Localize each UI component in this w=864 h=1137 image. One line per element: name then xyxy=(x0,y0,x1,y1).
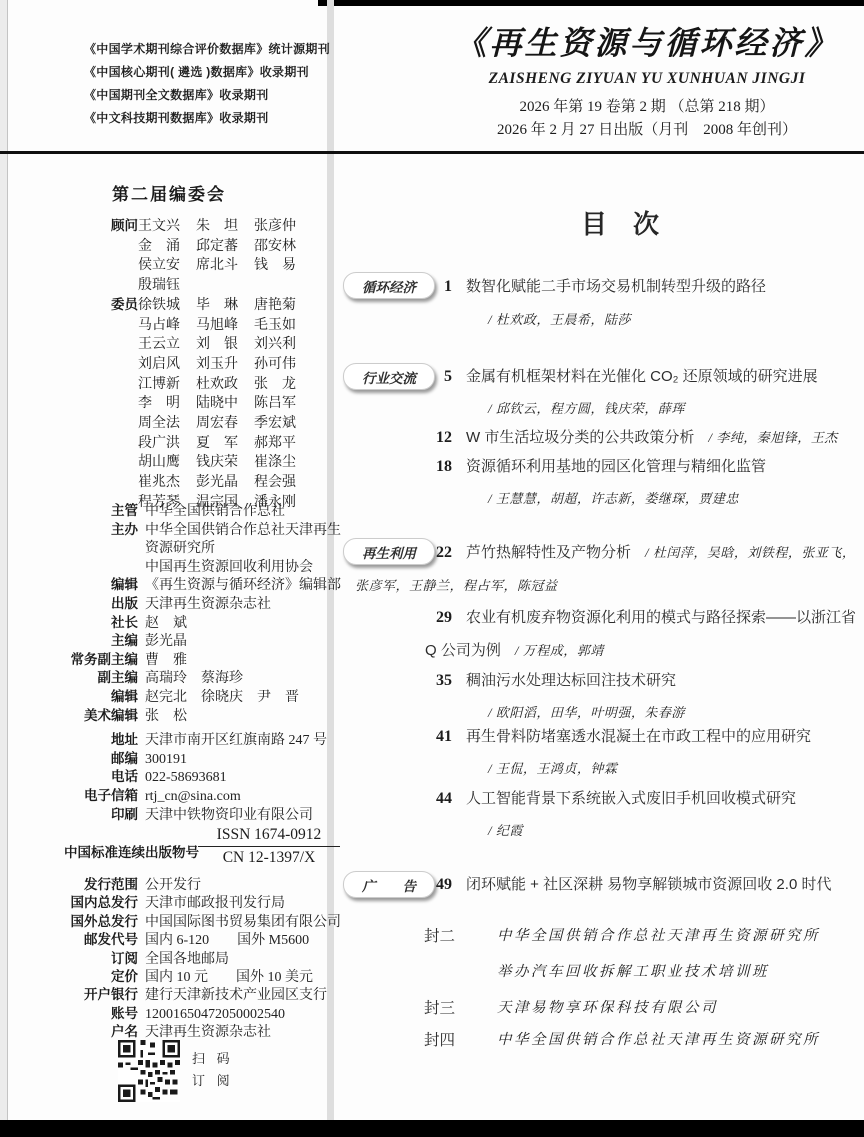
publication-row-value: 赵完北 徐晓庆 尹 晋 xyxy=(145,689,299,707)
contact-row: 邮编300191 xyxy=(62,750,327,769)
scan-bottom-bar xyxy=(0,1120,864,1137)
board-member-name: 周全法 xyxy=(138,415,196,434)
distribution-row-label: 开户银行 xyxy=(62,986,138,1003)
publication-row-label: 美术编辑 xyxy=(62,707,138,725)
toc-entry-title: 金属有机框架材料在光催化 CO₂ 还原领域的研究进展 xyxy=(466,368,818,385)
contact-row: 电子信箱rtj_cn@sina.com xyxy=(62,787,327,806)
distribution-row-label: 国外总发行 xyxy=(62,913,138,930)
qr-caption-line-1: 扫 码 xyxy=(192,1048,234,1070)
toc-page-number: 44 xyxy=(424,789,452,809)
board-row: 李 明陆晓中陈吕军 xyxy=(62,394,312,414)
toc-entry-title-line: 人工智能背景下系统嵌入式废旧手机回收模式研究 xyxy=(466,789,796,809)
publication-row-value: 曹 雅 xyxy=(145,652,187,670)
publication-row: 主管中华全国供销合作总社 xyxy=(62,502,341,521)
toc-page-number: 41 xyxy=(424,727,452,747)
board-row: 崔兆杰彭光晶程会强 xyxy=(62,473,312,493)
distribution-row: 账号12001650472050002540 xyxy=(62,1005,341,1023)
toc-entry-title-line: 农业有机废弃物资源化利用的模式与路径探索——以浙江省 xyxy=(466,608,856,628)
editorial-board: 顾问王文兴朱 坦张彦仲金 涌邱定蕃邵安林侯立安席北斗钱 易殷瑞钰委员徐铁城毕 琳… xyxy=(62,217,312,513)
toc-page-number: 49 xyxy=(424,875,452,895)
section-badge: 循环经济 xyxy=(343,272,435,299)
scan-left-edge xyxy=(0,0,8,1137)
issn-label: 中国标准连续出版物号 xyxy=(64,841,199,861)
toc-entry-title: 人工智能背景下系统嵌入式废旧手机回收模式研究 xyxy=(466,790,796,807)
issue-line-1: 2026 年第 19 卷第 2 期 （总第 218 期） xyxy=(430,96,864,119)
cover-line: 举办汽车回收拆解工职业技术培训班 xyxy=(497,960,769,981)
board-member-name: 邱定蕃 xyxy=(196,238,254,257)
board-member-name: 张 龙 xyxy=(254,376,312,395)
toc-entry-authors-line: / 欧阳滔，田华，叶明强，朱春游 xyxy=(488,703,685,723)
toc-entry-title-line: 芦竹热解特性及产物分析/ 杜闰萍，吴晗，刘铁程，张亚飞， xyxy=(466,543,855,563)
toc-entry-authors: / 纪霞 xyxy=(488,823,523,838)
contact-row-label: 地址 xyxy=(62,731,138,749)
distribution-row-label: 邮发代号 xyxy=(62,931,138,948)
distribution-row-label: 定价 xyxy=(62,968,138,985)
board-row: 江博新杜欢政张 龙 xyxy=(62,375,312,395)
board-member-name: 陈吕军 xyxy=(254,395,312,414)
board-member-name: 席北斗 xyxy=(196,257,254,276)
toc-entry-authors-line: / 杜欢政，王晨希，陆莎 xyxy=(488,310,631,330)
section-badge: 再生利用 xyxy=(343,538,435,565)
contact-row: 地址天津市南开区红旗南路 247 号 xyxy=(62,731,327,750)
distribution-row: 国内总发行天津市邮政报刊发行局 xyxy=(62,894,341,912)
issn-block: ISSN 1674-0912 CN 12-1397/X xyxy=(198,826,340,867)
publication-row: 美术编辑张 松 xyxy=(62,707,341,726)
board-member-name: 朱 坦 xyxy=(196,218,254,237)
contact-row-label: 电子信箱 xyxy=(62,787,138,805)
toc-entry-authors: / 李纯，秦旭锋，王杰 xyxy=(708,430,837,445)
toc-entry-authors: 张彦军，王静兰，程占军，陈冠益 xyxy=(355,578,558,593)
database-note: 《中国期刊全文数据库》收录期刊 xyxy=(84,84,330,107)
board-member-name: 刘 银 xyxy=(196,336,254,355)
contact-row-label: 印刷 xyxy=(62,806,138,824)
cn-number: CN 12-1397/X xyxy=(198,847,340,867)
board-member-name: 钱 易 xyxy=(254,257,312,276)
toc-entry-authors: / 杜闰萍，吴晗，刘铁程，张亚飞， xyxy=(645,545,855,560)
board-member-name: 唐艳菊 xyxy=(254,297,312,316)
board-member-name: 刘启风 xyxy=(138,356,196,375)
contact-row-value: 天津中铁物资印业有限公司 xyxy=(145,807,313,825)
contact-info: 地址天津市南开区红旗南路 247 号邮编300191电话022-58693681… xyxy=(62,731,327,825)
distribution-row-value: 建行天津新技术产业园区支行 xyxy=(145,987,327,1004)
toc-entry-authors: / 万程成，郭靖 xyxy=(515,643,604,658)
contact-row-value: rtj_cn@sina.com xyxy=(145,788,241,806)
journal-title-pinyin: ZAISHENG ZIYUAN YU XUNHUAN JINGJI xyxy=(430,70,864,88)
publication-row-value: 天津再生资源杂志社 xyxy=(145,596,271,614)
distribution-row: 发行范围公开发行 xyxy=(62,876,341,894)
publication-row-label: 副主编 xyxy=(62,669,138,687)
publication-row-label: 编辑 xyxy=(62,576,138,594)
board-row: 王云立刘 银刘兴利 xyxy=(62,335,312,355)
board-member-name: 陆晓中 xyxy=(196,395,254,414)
publication-row: 社长赵 斌 xyxy=(62,614,341,633)
publication-row-value: 中国再生资源回收利用协会 xyxy=(145,559,313,577)
publication-row-label: 主办 xyxy=(62,521,138,539)
toc-entry-title: Q 公司为例 xyxy=(425,642,501,659)
toc-entry-title: 芦竹热解特性及产物分析 xyxy=(466,544,631,561)
board-member-name: 郝郑平 xyxy=(254,435,312,454)
board-member-name: 周宏春 xyxy=(196,415,254,434)
section-badge: 行业交流 xyxy=(343,363,435,390)
contact-row: 电话022-58693681 xyxy=(62,768,327,787)
board-member-name: 季宏斌 xyxy=(254,415,312,434)
board-row: 顾问王文兴朱 坦张彦仲 xyxy=(62,217,312,237)
issue-line-2: 2026 年 2 月 27 日出版（月刊 2008 年创刊） xyxy=(430,119,864,142)
masthead: 《再生资源与循环经济》 ZAISHENG ZIYUAN YU XUNHUAN J… xyxy=(430,18,864,142)
board-member-name: 王云立 xyxy=(138,336,196,355)
board-row: 段广洪夏 军郝郑平 xyxy=(62,434,312,454)
distribution-row-value: 12001650472050002540 xyxy=(145,1006,285,1023)
cover-label: 封四 xyxy=(424,1028,455,1050)
toc-entry-title-line: 稠油污水处理达标回注技术研究 xyxy=(466,671,676,691)
board-row: 马占峰马旭峰毛玉如 xyxy=(62,316,312,336)
contact-row-label: 邮编 xyxy=(62,750,138,768)
board-row: 胡山鹰钱庆荣崔涤尘 xyxy=(62,453,312,473)
publication-row: 常务副主编曹 雅 xyxy=(62,651,341,670)
publication-row-label: 编辑 xyxy=(62,688,138,706)
board-row: 侯立安席北斗钱 易 xyxy=(62,256,312,276)
toc-entry-title: W 市生活垃圾分类的公共政策分析 xyxy=(466,429,694,446)
board-member-name: 毕 琳 xyxy=(196,297,254,316)
toc-entry-title: 稠油污水处理达标回注技术研究 xyxy=(466,672,676,689)
distribution-row: 国外总发行中国国际图书贸易集团有限公司 xyxy=(62,913,341,931)
board-member-name: 刘玉升 xyxy=(196,356,254,375)
board-member-name: 邵安林 xyxy=(254,238,312,257)
toc-entry-title-line: W 市生活垃圾分类的公共政策分析/ 李纯，秦旭锋，王杰 xyxy=(466,428,838,448)
board-member-name: 崔兆杰 xyxy=(138,474,196,493)
distribution-row-value: 天津市邮政报刊发行局 xyxy=(145,895,285,912)
board-member-name: 马旭峰 xyxy=(196,317,254,336)
board-member-name: 彭光晶 xyxy=(196,474,254,493)
database-note: 《中国学术期刊综合评价数据库》统计源期刊 xyxy=(84,38,330,61)
section-badge: 广 告 xyxy=(343,871,435,898)
toc-entry-authors-line: 张彦军，王静兰，程占军，陈冠益 xyxy=(355,576,558,596)
toc-page-number: 35 xyxy=(424,671,452,691)
distribution-row: 邮发代号国内 6-120 国外 M5600 xyxy=(62,931,341,949)
publication-info: 主管中华全国供销合作总社主办中华全国供销合作总社天津再生资源研究所中国再生资源回… xyxy=(62,502,341,725)
scan-top-bar xyxy=(318,0,864,6)
toc-entry-authors: / 王慧慧，胡超，许志新，娄继琛，贾建忠 xyxy=(488,491,739,506)
distribution-row-label: 订阅 xyxy=(62,950,138,967)
toc-entry-title-line: 资源循环利用基地的园区化管理与精细化监管 xyxy=(466,457,766,477)
publication-row: 资源研究所 xyxy=(62,539,341,558)
publication-row-value: 资源研究所 xyxy=(145,540,215,558)
editorial-board-title: 第二届编委会 xyxy=(84,180,254,205)
publication-row: 主办中华全国供销合作总社天津再生 xyxy=(62,521,341,540)
publication-row-label: 社长 xyxy=(62,614,138,632)
contact-row-label: 电话 xyxy=(62,768,138,786)
toc-page-number: 29 xyxy=(424,608,452,628)
qr-code xyxy=(118,1040,180,1102)
toc-entry-title-line: 金属有机框架材料在光催化 CO₂ 还原领域的研究进展 xyxy=(466,367,818,387)
distribution-row-value: 公开发行 xyxy=(145,877,201,894)
distribution-row-label: 国内总发行 xyxy=(62,894,138,911)
contact-row-value: 300191 xyxy=(145,751,187,769)
cover-line: 中华全国供销合作总社天津再生资源研究所 xyxy=(497,924,820,945)
toc-page-number: 1 xyxy=(424,277,452,297)
toc-entry-authors-line: / 邱钦云，程方圆，钱庆荣，薛珲 xyxy=(488,399,685,419)
toc-entry-title: 闭环赋能 + 社区深耕 易物享解锁城市资源回收 2.0 时代 xyxy=(466,876,831,893)
distribution-row-label: 户名 xyxy=(62,1023,138,1040)
contact-row-value: 022-58693681 xyxy=(145,769,227,787)
board-row: 委员徐铁城毕 琳唐艳菊 xyxy=(62,296,312,316)
publication-row-value: 高瑞玲 蔡海珍 xyxy=(145,670,243,688)
database-note: 《中文科技期刊数据库》收录期刊 xyxy=(84,107,330,130)
toc-entry-title: 再生骨料防堵塞透水混凝土在市政工程中的应用研究 xyxy=(466,728,811,745)
board-member-name: 王文兴 xyxy=(138,218,196,237)
toc-entry-title-line: Q 公司为例/ 万程成，郭靖 xyxy=(425,641,604,661)
board-member-name: 程会强 xyxy=(254,474,312,493)
header-rule xyxy=(0,151,864,154)
distribution-row-value: 中国国际图书贸易集团有限公司 xyxy=(145,914,341,931)
distribution-row: 订阅全国各地邮局 xyxy=(62,950,341,968)
publication-row-value: 张 松 xyxy=(145,708,187,726)
toc-entry-title: 数智化赋能二手市场交易机制转型升级的路径 xyxy=(466,278,766,295)
toc-page-number: 12 xyxy=(424,428,452,448)
toc-entry-title-line: 数智化赋能二手市场交易机制转型升级的路径 xyxy=(466,277,766,297)
database-index-list: 《中国学术期刊综合评价数据库》统计源期刊《中国核心期刊( 遴选 )数据库》收录期… xyxy=(84,38,330,130)
distribution-row-value: 国内 10 元 国外 10 美元 xyxy=(145,969,313,986)
publication-row-label: 主编 xyxy=(62,632,138,650)
publication-row-label: 主管 xyxy=(62,502,138,520)
toc-entry-title-line: 再生骨料防堵塞透水混凝土在市政工程中的应用研究 xyxy=(466,727,811,747)
cover-line: 中华全国供销合作总社天津再生资源研究所 xyxy=(497,1028,820,1049)
publication-row: 编辑《再生资源与循环经济》编辑部 xyxy=(62,576,341,595)
publication-row-label: 出版 xyxy=(62,595,138,613)
toc-entry-title: 资源循环利用基地的园区化管理与精细化监管 xyxy=(466,458,766,475)
toc-entry-authors: / 杜欢政，王晨希，陆莎 xyxy=(488,312,631,327)
publication-row-value: 彭光晶 xyxy=(145,633,187,651)
publication-row: 副主编高瑞玲 蔡海珍 xyxy=(62,669,341,688)
qr-caption-line-2: 订 阅 xyxy=(192,1070,234,1092)
toc-page-number: 22 xyxy=(424,543,452,563)
contact-row: 印刷天津中铁物资印业有限公司 xyxy=(62,806,327,825)
database-note: 《中国核心期刊( 遴选 )数据库》收录期刊 xyxy=(84,61,330,84)
issue-info: 2026 年第 19 卷第 2 期 （总第 218 期） 2026 年 2 月 … xyxy=(430,96,864,142)
journal-title: 《再生资源与循环经济》 xyxy=(430,18,864,64)
board-row: 殷瑞钰 xyxy=(62,276,312,296)
board-member-name: 金 涌 xyxy=(138,238,196,257)
board-member-name: 刘兴利 xyxy=(254,336,312,355)
board-member-name: 侯立安 xyxy=(138,257,196,276)
toc-entry-authors-line: / 王侃，王鸿贞，钟霖 xyxy=(488,759,617,779)
board-member-name: 钱庆荣 xyxy=(196,454,254,473)
publication-row-value: 赵 斌 xyxy=(145,615,187,633)
board-member-name: 胡山鹰 xyxy=(138,454,196,473)
contact-row-value: 天津市南开区红旗南路 247 号 xyxy=(145,732,327,750)
board-member-name: 江博新 xyxy=(138,376,196,395)
board-member-name: 夏 军 xyxy=(196,435,254,454)
distribution-row-label: 账号 xyxy=(62,1005,138,1022)
board-member-name: 孙可伟 xyxy=(254,356,312,375)
board-row: 金 涌邱定蕃邵安林 xyxy=(62,237,312,257)
board-member-name: 殷瑞钰 xyxy=(138,277,196,296)
toc-entry-title-line: 闭环赋能 + 社区深耕 易物享解锁城市资源回收 2.0 时代 xyxy=(466,875,831,895)
toc-heading: 目 次 xyxy=(545,204,695,241)
board-member-name: 张彦仲 xyxy=(254,218,312,237)
publication-row-value: 中华全国供销合作总社 xyxy=(145,503,285,521)
toc-entry-authors-line: / 王慧慧，胡超，许志新，娄继琛，贾建忠 xyxy=(488,489,739,509)
publication-row: 主编彭光晶 xyxy=(62,632,341,651)
publication-row-label: 常务副主编 xyxy=(62,651,138,669)
board-member-name: 崔涤尘 xyxy=(254,454,312,473)
board-role-label: 顾问 xyxy=(62,217,138,236)
publication-row: 中国再生资源回收利用协会 xyxy=(62,558,341,577)
board-member-name: 马占峰 xyxy=(138,317,196,336)
toc-entry-authors-line: / 纪霞 xyxy=(488,821,523,841)
board-member-name: 段广洪 xyxy=(138,435,196,454)
board-member-name: 毛玉如 xyxy=(254,317,312,336)
cover-label: 封二 xyxy=(424,924,455,946)
toc-entry-authors: / 邱钦云，程方圆，钱庆荣，薛珲 xyxy=(488,401,685,416)
board-row: 刘启风刘玉升孙可伟 xyxy=(62,355,312,375)
toc-entry-authors: / 欧阳滔，田华，叶明强，朱春游 xyxy=(488,705,685,720)
distribution-row: 户名天津再生资源杂志社 xyxy=(62,1023,341,1041)
board-role-label: 委员 xyxy=(62,296,138,315)
publication-row: 出版天津再生资源杂志社 xyxy=(62,595,341,614)
board-row: 周全法周宏春季宏斌 xyxy=(62,414,312,434)
distribution-row-label: 发行范围 xyxy=(62,876,138,893)
publication-row-value: 《再生资源与循环经济》编辑部 xyxy=(145,577,341,595)
qr-caption: 扫 码 订 阅 xyxy=(192,1048,234,1092)
distribution-row: 定价国内 10 元 国外 10 美元 xyxy=(62,968,341,986)
toc-page-number: 5 xyxy=(424,367,452,387)
board-member-name: 杜欢政 xyxy=(196,376,254,395)
board-member-name: 徐铁城 xyxy=(138,297,196,316)
distribution-row-value: 全国各地邮局 xyxy=(145,951,229,968)
distribution-info: 发行范围公开发行国内总发行天津市邮政报刊发行局国外总发行中国国际图书贸易集团有限… xyxy=(62,876,341,1042)
board-member-name: 李 明 xyxy=(138,395,196,414)
journal-toc-page: 《中国学术期刊综合评价数据库》统计源期刊《中国核心期刊( 遴选 )数据库》收录期… xyxy=(0,0,864,1137)
distribution-row-value: 国内 6-120 国外 M5600 xyxy=(145,932,309,949)
distribution-row: 开户银行建行天津新技术产业园区支行 xyxy=(62,986,341,1004)
cover-line: 天津易物享环保科技有限公司 xyxy=(497,996,718,1017)
toc-entry-title: 农业有机废弃物资源化利用的模式与路径探索——以浙江省 xyxy=(466,609,856,626)
toc-page-number: 18 xyxy=(424,457,452,477)
publication-row: 编辑赵完北 徐晓庆 尹 晋 xyxy=(62,688,341,707)
toc-entry-authors: / 王侃，王鸿贞，钟霖 xyxy=(488,761,617,776)
cover-label: 封三 xyxy=(424,996,455,1018)
issn-number: ISSN 1674-0912 xyxy=(198,826,340,847)
publication-row-value: 中华全国供销合作总社天津再生 xyxy=(145,522,341,540)
